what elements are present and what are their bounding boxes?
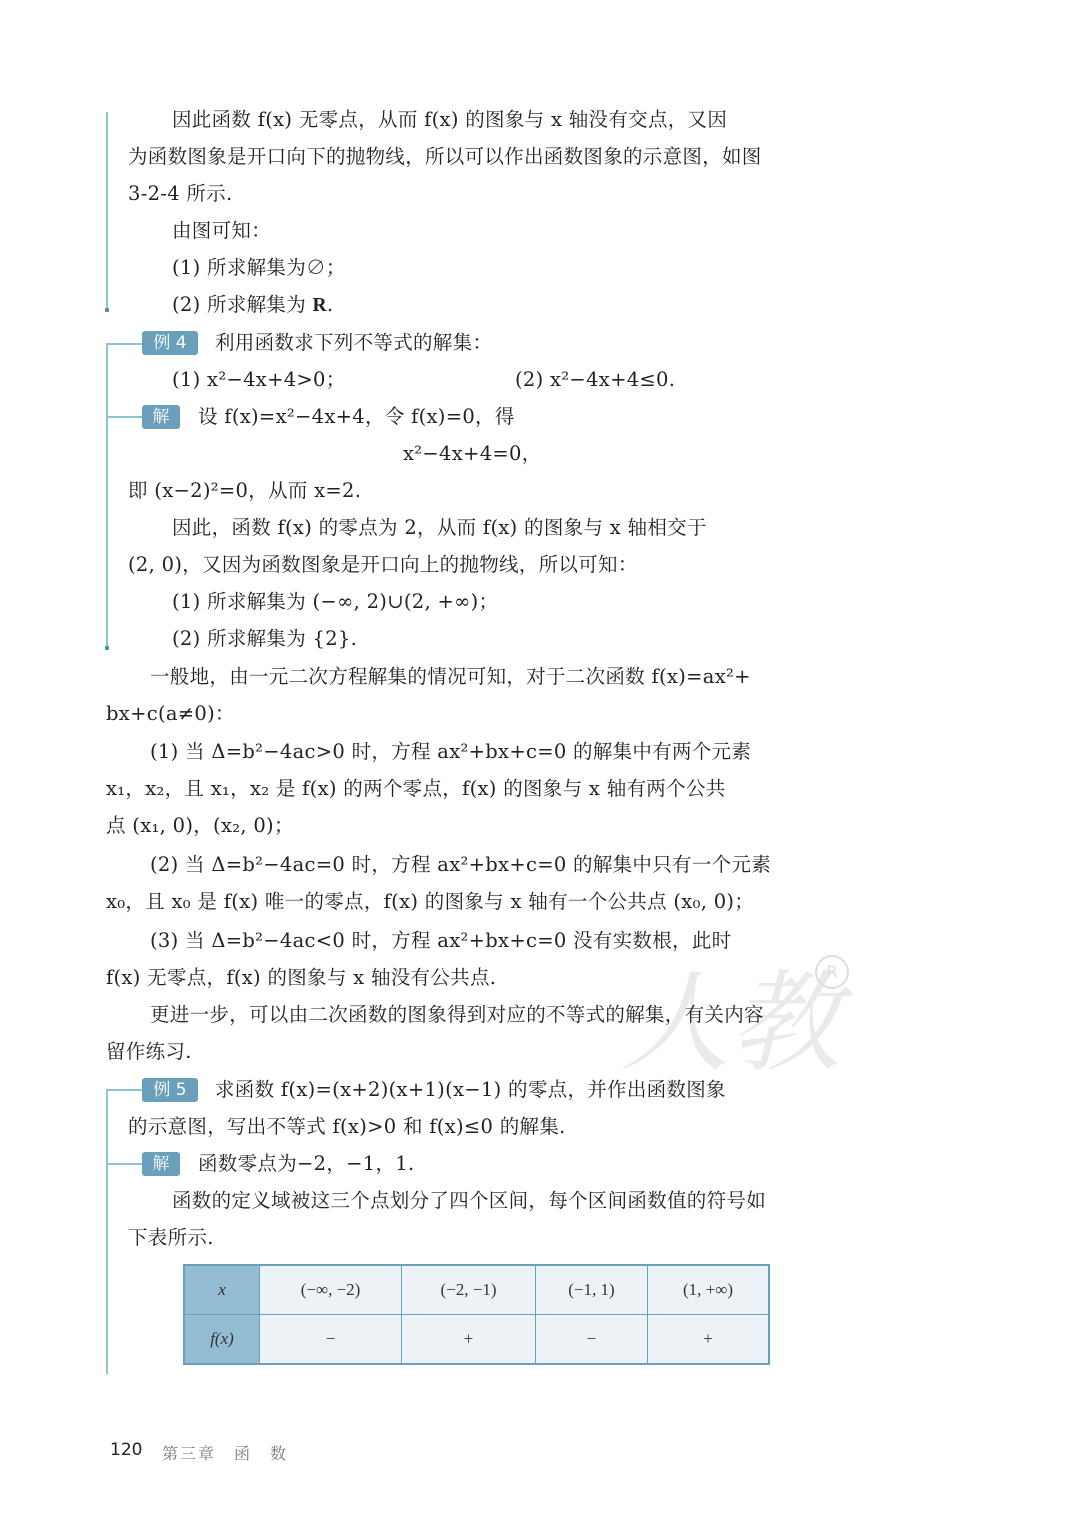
paragraph-line: 留作练习. [106,1040,806,1064]
example4-connector [106,343,142,345]
example-prompt: 利用函数求下列不等式的解集： [215,331,915,355]
example-5-tag: 例 5 [142,1078,198,1102]
bracket-end-dot [105,308,109,312]
interval-cell: (−∞, −2) [260,1265,402,1315]
interval-cell: (−2, −1) [402,1265,536,1315]
page-number: 120 [110,1440,142,1460]
case-2-line: (2) 当 Δ=b²−4ac=0 时，方程 ax²+bx+c=0 的解集中只有一… [150,853,850,877]
paragraph-line: 一般地，由一元二次方程解集的情况可知，对于二次函数 f(x)=ax²+ [150,665,850,689]
example-4-tag: 例 4 [142,331,198,355]
real-set-symbol: R [313,295,327,316]
sign-cell: + [648,1315,769,1365]
display-equation: x²−4x+4=0， [403,442,1080,466]
row-header: f(x) [184,1315,260,1365]
sign-cell: − [260,1315,402,1365]
paragraph-line: 更进一步，可以由二次函数的图象得到对应的不等式的解集，有关内容 [150,1003,850,1027]
question-2: (2) x²−4x+4≤0. [515,368,1080,392]
answer-1: (1) 所求解集为 (−∞, 2)∪(2, +∞)； [172,590,872,614]
solution5-connector [106,1163,142,1165]
sign-table: x (−∞, −2) (−2, −1) (−1, 1) (1, +∞) f(x)… [183,1264,770,1365]
solution-line: 函数的定义域被这三个点划分了四个区间，每个区间函数值的符号如 [172,1189,872,1213]
table-row: x (−∞, −2) (−2, −1) (−1, 1) (1, +∞) [184,1265,769,1315]
example5-connector [106,1089,142,1091]
case-1-line: 点 (x₁, 0)，(x₂, 0)； [106,814,806,838]
paragraph-line: 为函数图象是开口向下的抛物线，所以可以作出函数图象的示意图，如图 [128,145,828,169]
solution-tag: 解 [142,405,180,429]
paragraph-line: 由图可知： [172,219,872,243]
textbook-page: 人教 R 因此函数 f(x) 无零点，从而 f(x) 的图象与 x 轴没有交点，… [0,0,1080,1526]
paragraph-line: 3-2-4 所示. [128,182,828,206]
solution-line: 即 (x−2)²=0，从而 x=2. [128,479,828,503]
solution-line: 因此，函数 f(x) 的零点为 2，从而 f(x) 的图象与 x 轴相交于 [172,516,872,540]
case-1-line: x₁，x₂，且 x₁，x₂ 是 f(x) 的两个零点，f(x) 的图象与 x 轴… [106,777,806,801]
interval-cell: (1, +∞) [648,1265,769,1315]
solution-line: 下表所示. [128,1226,828,1250]
sign-cell: − [535,1315,647,1365]
case-2-line: x₀，且 x₀ 是 f(x) 唯一的零点，f(x) 的图象与 x 轴有一个公共点… [106,890,806,914]
case-3-line: (3) 当 Δ=b²−4ac<0 时，方程 ax²+bx+c=0 没有实数根，此… [150,929,850,953]
paragraph-line: 因此函数 f(x) 无零点，从而 f(x) 的图象与 x 轴没有交点，又因 [172,108,872,132]
solution-tag: 解 [142,1152,180,1176]
solution-line: 函数零点为−2，−1，1. [198,1152,898,1176]
chapter-title: 第三章 函 数 [162,1441,288,1464]
case-1-line: (1) 当 Δ=b²−4ac>0 时，方程 ax²+bx+c=0 的解集中有两个… [150,740,850,764]
solution4-connector [106,416,142,418]
solution-bracket-1 [106,112,108,310]
example4-bracket [106,343,108,648]
example-prompt: 的示意图，写出不等式 f(x)>0 和 f(x)≤0 的解集. [128,1115,828,1139]
answer-2: (2) 所求解集为 {2}. [172,627,872,651]
sign-cell: + [402,1315,536,1365]
example5-bracket [106,1089,108,1374]
result-suffix: . [327,293,334,316]
registered-mark-icon: R [815,955,849,989]
solution-line: (2, 0)，又因为函数图象是开口向上的抛物线，所以可知： [128,553,828,577]
interval-cell: (−1, 1) [535,1265,647,1315]
result-line: (2) 所求解集为 R. [172,293,872,318]
row-header: x [184,1265,260,1315]
solution-line: 设 f(x)=x²−4x+4，令 f(x)=0，得 [198,405,898,429]
result-line: (1) 所求解集为∅； [172,256,872,280]
example-prompt: 求函数 f(x)=(x+2)(x+1)(x−1) 的零点，并作出函数图象 [215,1078,915,1102]
case-3-line: f(x) 无零点，f(x) 的图象与 x 轴没有公共点. [106,966,806,990]
paragraph-line: bx+c(a≠0)： [106,702,806,726]
result-prefix: (2) 所求解集为 [172,293,313,316]
bracket-end-dot [105,646,109,650]
table-row: f(x) − + − + [184,1315,769,1365]
